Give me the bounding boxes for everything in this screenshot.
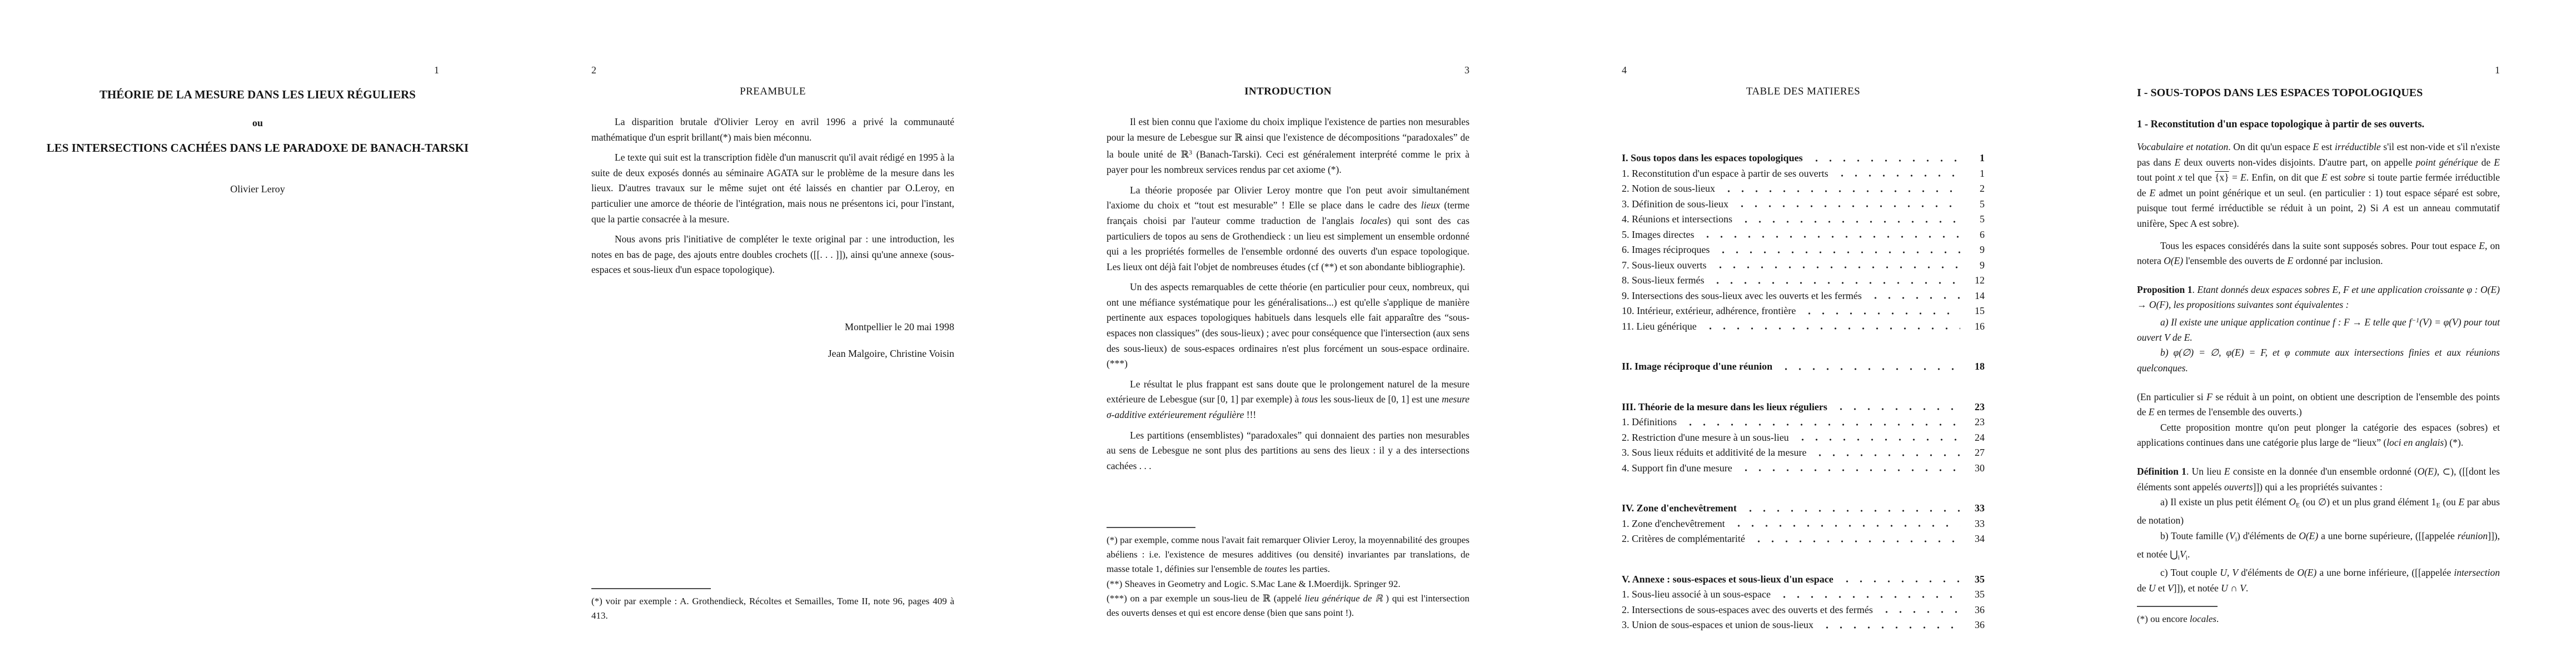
toc-page-ref: 1: [1966, 151, 1985, 166]
paper-title-line2: LES INTERSECTIONS CACHÉES DANS LE PARADO…: [21, 141, 495, 155]
dateline: Montpellier le 20 mai 1998: [591, 321, 954, 333]
paragraph-item-c: c) Tout couple U, V d'éléments de O(E) a…: [2137, 565, 2500, 596]
toc-entry: 3. Définition de sous-lieux5: [1622, 197, 1985, 212]
footnote: (**) Sheaves in Geometry and Logic. S.Ma…: [1107, 577, 1469, 591]
toc-label: 2. Restriction d'une mesure à un sous-li…: [1622, 430, 1789, 446]
toc-entry: 5. Images directes6: [1622, 227, 1985, 243]
toc-dot-leader: [1880, 603, 1960, 618]
paper-title-connector: ou: [76, 117, 439, 129]
toc-entry: 4. Support fin d'une mesure30: [1622, 461, 1985, 476]
paper-title-line1: THÉORIE DE LA MESURE DANS LES LIEUX RÉGU…: [54, 88, 461, 102]
toc-label: 1. Zone d'enchevêtrement: [1622, 516, 1725, 532]
toc-dot-leader: [1820, 618, 1960, 633]
toc-page-ref: 12: [1966, 273, 1985, 288]
toc-entry: 3. Sous lieux réduits et additivité de l…: [1622, 445, 1985, 461]
toc-page-ref: 15: [1966, 303, 1985, 319]
introduction-heading: INTRODUCTION: [1107, 86, 1469, 98]
paragraph-definition: Définition 1. Un lieu E consiste en la d…: [2137, 464, 2500, 495]
toc-label: IV. Zone d'enchevêtrement: [1622, 501, 1737, 516]
toc-label: III. Théorie de la mesure dans les lieux…: [1622, 400, 1827, 415]
paragraph-item-a: a) Il existe une unique application cont…: [2137, 313, 2500, 346]
toc-entry: III. Théorie de la mesure dans les lieux…: [1622, 400, 1985, 415]
paragraph-proposition: Proposition 1. Etant donnés deux espaces…: [2137, 282, 2500, 313]
toc-entry: 1. Sous-lieu associé à un sous-espace35: [1622, 587, 1985, 603]
page-number: 2: [591, 64, 596, 76]
toc-label: 8. Sous-lieux fermés: [1622, 273, 1704, 288]
toc-dot-leader: [1722, 181, 1960, 197]
toc-dot-leader: [1834, 400, 1960, 415]
toc-dot-leader: [1835, 166, 1960, 182]
toc-entry: 1. Définitions23: [1622, 415, 1985, 430]
toc-dot-leader: [1752, 531, 1960, 547]
toc-dot-leader: [1796, 430, 1960, 446]
toc-dot-leader: [1779, 359, 1960, 375]
toc-dot-leader: [1777, 587, 1960, 603]
page-spread: 1 THÉORIE DE LA MESURE DANS LES LIEUX RÉ…: [0, 0, 2576, 667]
toc-page-ref: 33: [1966, 516, 1985, 532]
page-preambule-content: 2 PREAMBULE La disparition brutale d'Oli…: [591, 0, 954, 667]
toc-label: 6. Images réciproques: [1622, 242, 1710, 258]
toc-entry: I. Sous topos dans les espaces topologiq…: [1622, 151, 1985, 166]
preambule-body: La disparition brutale d'Olivier Leroy e…: [591, 115, 954, 283]
toc-entry: 6. Images réciproques9: [1622, 242, 1985, 258]
toc-page-ref: 36: [1966, 603, 1985, 618]
toc-label: 3. Sous lieux réduits et additivité de l…: [1622, 445, 1806, 461]
toc-page-ref: 6: [1966, 227, 1985, 243]
toc-entry: 2. Restriction d'une mesure à un sous-li…: [1622, 430, 1985, 446]
page-number: 1: [2495, 64, 2500, 76]
introduction-body: Il est bien connu que l'axiome du choix …: [1107, 115, 1469, 479]
toc-label: 4. Support fin d'une mesure: [1622, 461, 1732, 476]
toc-page-ref: 5: [1966, 197, 1985, 212]
toc-page-ref: 33: [1966, 501, 1985, 516]
toc-page-ref: 35: [1966, 572, 1985, 588]
toc-dot-leader: [1711, 273, 1960, 288]
paragraph: Un des aspects remarquables de cette thé…: [1107, 280, 1469, 372]
paragraph: Nous avons pris l'initiative de compléte…: [591, 232, 954, 278]
paragraph: Il est bien connu que l'axiome du choix …: [1107, 115, 1469, 178]
paragraph: Tous les espaces considérés dans la suit…: [2137, 238, 2500, 269]
toc-label: 2. Critères de complémentarité: [1622, 531, 1745, 547]
footnote: (*) ou encore locales.: [2137, 612, 2500, 626]
toc-label: 7. Sous-lieux ouverts: [1622, 258, 1707, 273]
toc-page-ref: 9: [1966, 242, 1985, 258]
paragraph: Vocabulaire et notation. On dit qu'un es…: [2137, 140, 2500, 232]
toc-label: I. Sous topos dans les espaces topologiq…: [1622, 151, 1803, 166]
toc-page-ref: 23: [1966, 415, 1985, 430]
toc-page-ref: 14: [1966, 288, 1985, 304]
toc-entry: IV. Zone d'enchevêtrement33: [1622, 501, 1985, 516]
footnote-rule: [1107, 527, 1195, 528]
toc-page-ref: 35: [1966, 587, 1985, 603]
footnote-block: (*) ou encore locales.: [2137, 606, 2500, 626]
toc-dot-leader: [1739, 212, 1960, 227]
page-introduction-content: 3 INTRODUCTION Il est bien connu que l'a…: [1107, 0, 1469, 667]
page-title: 1 THÉORIE DE LA MESURE DANS LES LIEUX RÉ…: [0, 0, 515, 667]
page-number: 3: [1464, 64, 1469, 76]
toc-entry: 2. Intersections de sous-espaces avec de…: [1622, 603, 1985, 618]
toc-dot-leader: [1713, 258, 1961, 273]
toc-entry: 2. Critères de complémentarité34: [1622, 531, 1985, 547]
toc-entry: 11. Lieu générique16: [1622, 319, 1985, 335]
paragraph-item-b: b) Toute famille (Vi) d'éléments de O(E)…: [2137, 529, 2500, 565]
footnote-block: (*) par exemple, comme nous l'avait fait…: [1107, 527, 1469, 620]
toc-label: 3. Définition de sous-lieux: [1622, 197, 1728, 212]
toc-dot-leader: [1869, 288, 1960, 304]
toc-label: 1. Sous-lieu associé à un sous-espace: [1622, 587, 1771, 603]
toc-page-ref: 16: [1966, 319, 1985, 335]
toc-dot-leader: [1732, 516, 1960, 532]
toc-page-ref: 2: [1966, 181, 1985, 197]
toc-entry: 1. Zone d'enchevêtrement33: [1622, 516, 1985, 532]
section-heading: I - SOUS-TOPOS DANS LES ESPACES TOPOLOGI…: [2137, 87, 2500, 99]
page-toc: 4 TABLE DES MATIERES I. Sous topos dans …: [1546, 0, 2061, 667]
paragraph: Le résultat le plus frappant est sans do…: [1107, 377, 1469, 423]
document-viewer: { "arxiv_stamp": "arXiv:1303.5631v1 [mat…: [0, 0, 2576, 667]
toc-dot-leader: [1739, 461, 1960, 476]
toc-label: 2. Intersections de sous-espaces avec de…: [1622, 603, 1873, 618]
footnote: (*) par exemple, comme nous l'avait fait…: [1107, 533, 1469, 577]
toc-entry: 10. Intérieur, extérieur, adhérence, fro…: [1622, 303, 1985, 319]
toc-entry: 2. Notion de sous-lieux2: [1622, 181, 1985, 197]
toc-page-ref: 27: [1966, 445, 1985, 461]
paragraph: La disparition brutale d'Olivier Leroy e…: [591, 115, 954, 145]
toc-label: V. Annexe : sous-espaces et sous-lieux d…: [1622, 572, 1833, 588]
toc-dot-leader: [1703, 319, 1960, 335]
toc-label: 3. Union de sous-espaces et union de sou…: [1622, 618, 1813, 633]
paragraph: Les partitions (ensemblistes) “paradoxal…: [1107, 428, 1469, 474]
toc-dot-leader: [1802, 303, 1960, 319]
toc-dot-leader: [1840, 572, 1960, 588]
paragraph: (En particulier si F se réduit à un poin…: [2137, 390, 2500, 420]
toc-entry: 9. Intersections des sous-lieux avec les…: [1622, 288, 1985, 304]
toc-entry: V. Annexe : sous-espaces et sous-lieux d…: [1622, 572, 1985, 588]
page-number: 4: [1622, 64, 1627, 76]
toc-entry: 3. Union de sous-espaces et union de sou…: [1622, 618, 1985, 633]
page-number: 1: [434, 64, 439, 76]
signature: Jean Malgoire, Christine Voisin: [591, 348, 954, 360]
toc-heading: TABLE DES MATIERES: [1622, 86, 1985, 98]
page-section1-content: 1 I - SOUS-TOPOS DANS LES ESPACES TOPOLO…: [2137, 0, 2500, 667]
toc-entry: 1. Reconstitution d'un espace à partir d…: [1622, 166, 1985, 182]
toc-entry: II. Image réciproque d'une réunion18: [1622, 359, 1985, 375]
toc-page-ref: 30: [1966, 461, 1985, 476]
toc-entry: 7. Sous-lieux ouverts9: [1622, 258, 1985, 273]
page-introduction: 3 INTRODUCTION Il est bien connu que l'a…: [1030, 0, 1546, 667]
table-of-contents: I. Sous topos dans les espaces topologiq…: [1622, 151, 1985, 633]
toc-dot-leader: [1701, 227, 1960, 243]
paragraph-item-b: b) φ(∅) = ∅, φ(E) = F, et φ commute aux …: [2137, 345, 2500, 376]
toc-dot-leader: [1683, 415, 1960, 430]
footnote-rule: [2137, 606, 2218, 607]
toc-label: 10. Intérieur, extérieur, adhérence, fro…: [1622, 303, 1796, 319]
toc-page-ref: 9: [1966, 258, 1985, 273]
toc-dot-leader: [1743, 501, 1960, 516]
toc-label: 5. Images directes: [1622, 227, 1694, 243]
toc-label: 1. Reconstitution d'un espace à partir d…: [1622, 166, 1828, 182]
toc-dot-leader: [1716, 242, 1960, 258]
footnote-rule: [591, 588, 711, 589]
toc-label: 11. Lieu générique: [1622, 319, 1697, 335]
toc-label: 1. Définitions: [1622, 415, 1677, 430]
toc-dot-leader: [1810, 151, 1960, 166]
preambule-heading: PREAMBULE: [591, 86, 954, 98]
toc-page-ref: 1: [1966, 166, 1985, 182]
toc-page-ref: 36: [1966, 618, 1985, 633]
toc-dot-leader: [1813, 445, 1960, 461]
toc-label: II. Image réciproque d'une réunion: [1622, 359, 1772, 375]
page-preambule: 2 PREAMBULE La disparition brutale d'Oli…: [515, 0, 1030, 667]
toc-page-ref: 23: [1966, 400, 1985, 415]
section1-body: Vocabulaire et notation. On dit qu'un es…: [2137, 140, 2500, 596]
toc-dot-leader: [1735, 197, 1960, 212]
page-toc-content: 4 TABLE DES MATIERES I. Sous topos dans …: [1622, 0, 1985, 667]
page-title-content: 1 THÉORIE DE LA MESURE DANS LES LIEUX RÉ…: [76, 0, 439, 667]
paragraph: Le texte qui suit est la transcription f…: [591, 150, 954, 227]
toc-page-ref: 34: [1966, 531, 1985, 547]
toc-label: 2. Notion de sous-lieux: [1622, 181, 1715, 197]
section-subheading: 1 - Reconstitution d'un espace topologiq…: [2137, 119, 2500, 131]
footnote: (***) on a par exemple un sous-lieu de ℝ…: [1107, 591, 1469, 620]
toc-page-ref: 5: [1966, 212, 1985, 227]
toc-page-ref: 18: [1966, 359, 1985, 375]
footnote-block: (*) voir par exemple : A. Grothendieck, …: [591, 588, 954, 623]
paragraph-item-a: a) Il existe un plus petit élément OE (o…: [2137, 495, 2500, 529]
paragraph: Cette proposition montre qu'on peut plon…: [2137, 420, 2500, 451]
toc-label: 4. Réunions et intersections: [1622, 212, 1732, 227]
paragraph: La théorie proposée par Olivier Leroy mo…: [1107, 183, 1469, 275]
toc-entry: 4. Réunions et intersections5: [1622, 212, 1985, 227]
paper-author: Olivier Leroy: [76, 183, 439, 195]
toc-page-ref: 24: [1966, 430, 1985, 446]
toc-label: 9. Intersections des sous-lieux avec les…: [1622, 288, 1862, 304]
footnote: (*) voir par exemple : A. Grothendieck, …: [591, 594, 954, 623]
toc-entry: 8. Sous-lieux fermés12: [1622, 273, 1985, 288]
page-section1: 1 I - SOUS-TOPOS DANS LES ESPACES TOPOLO…: [2061, 0, 2576, 667]
